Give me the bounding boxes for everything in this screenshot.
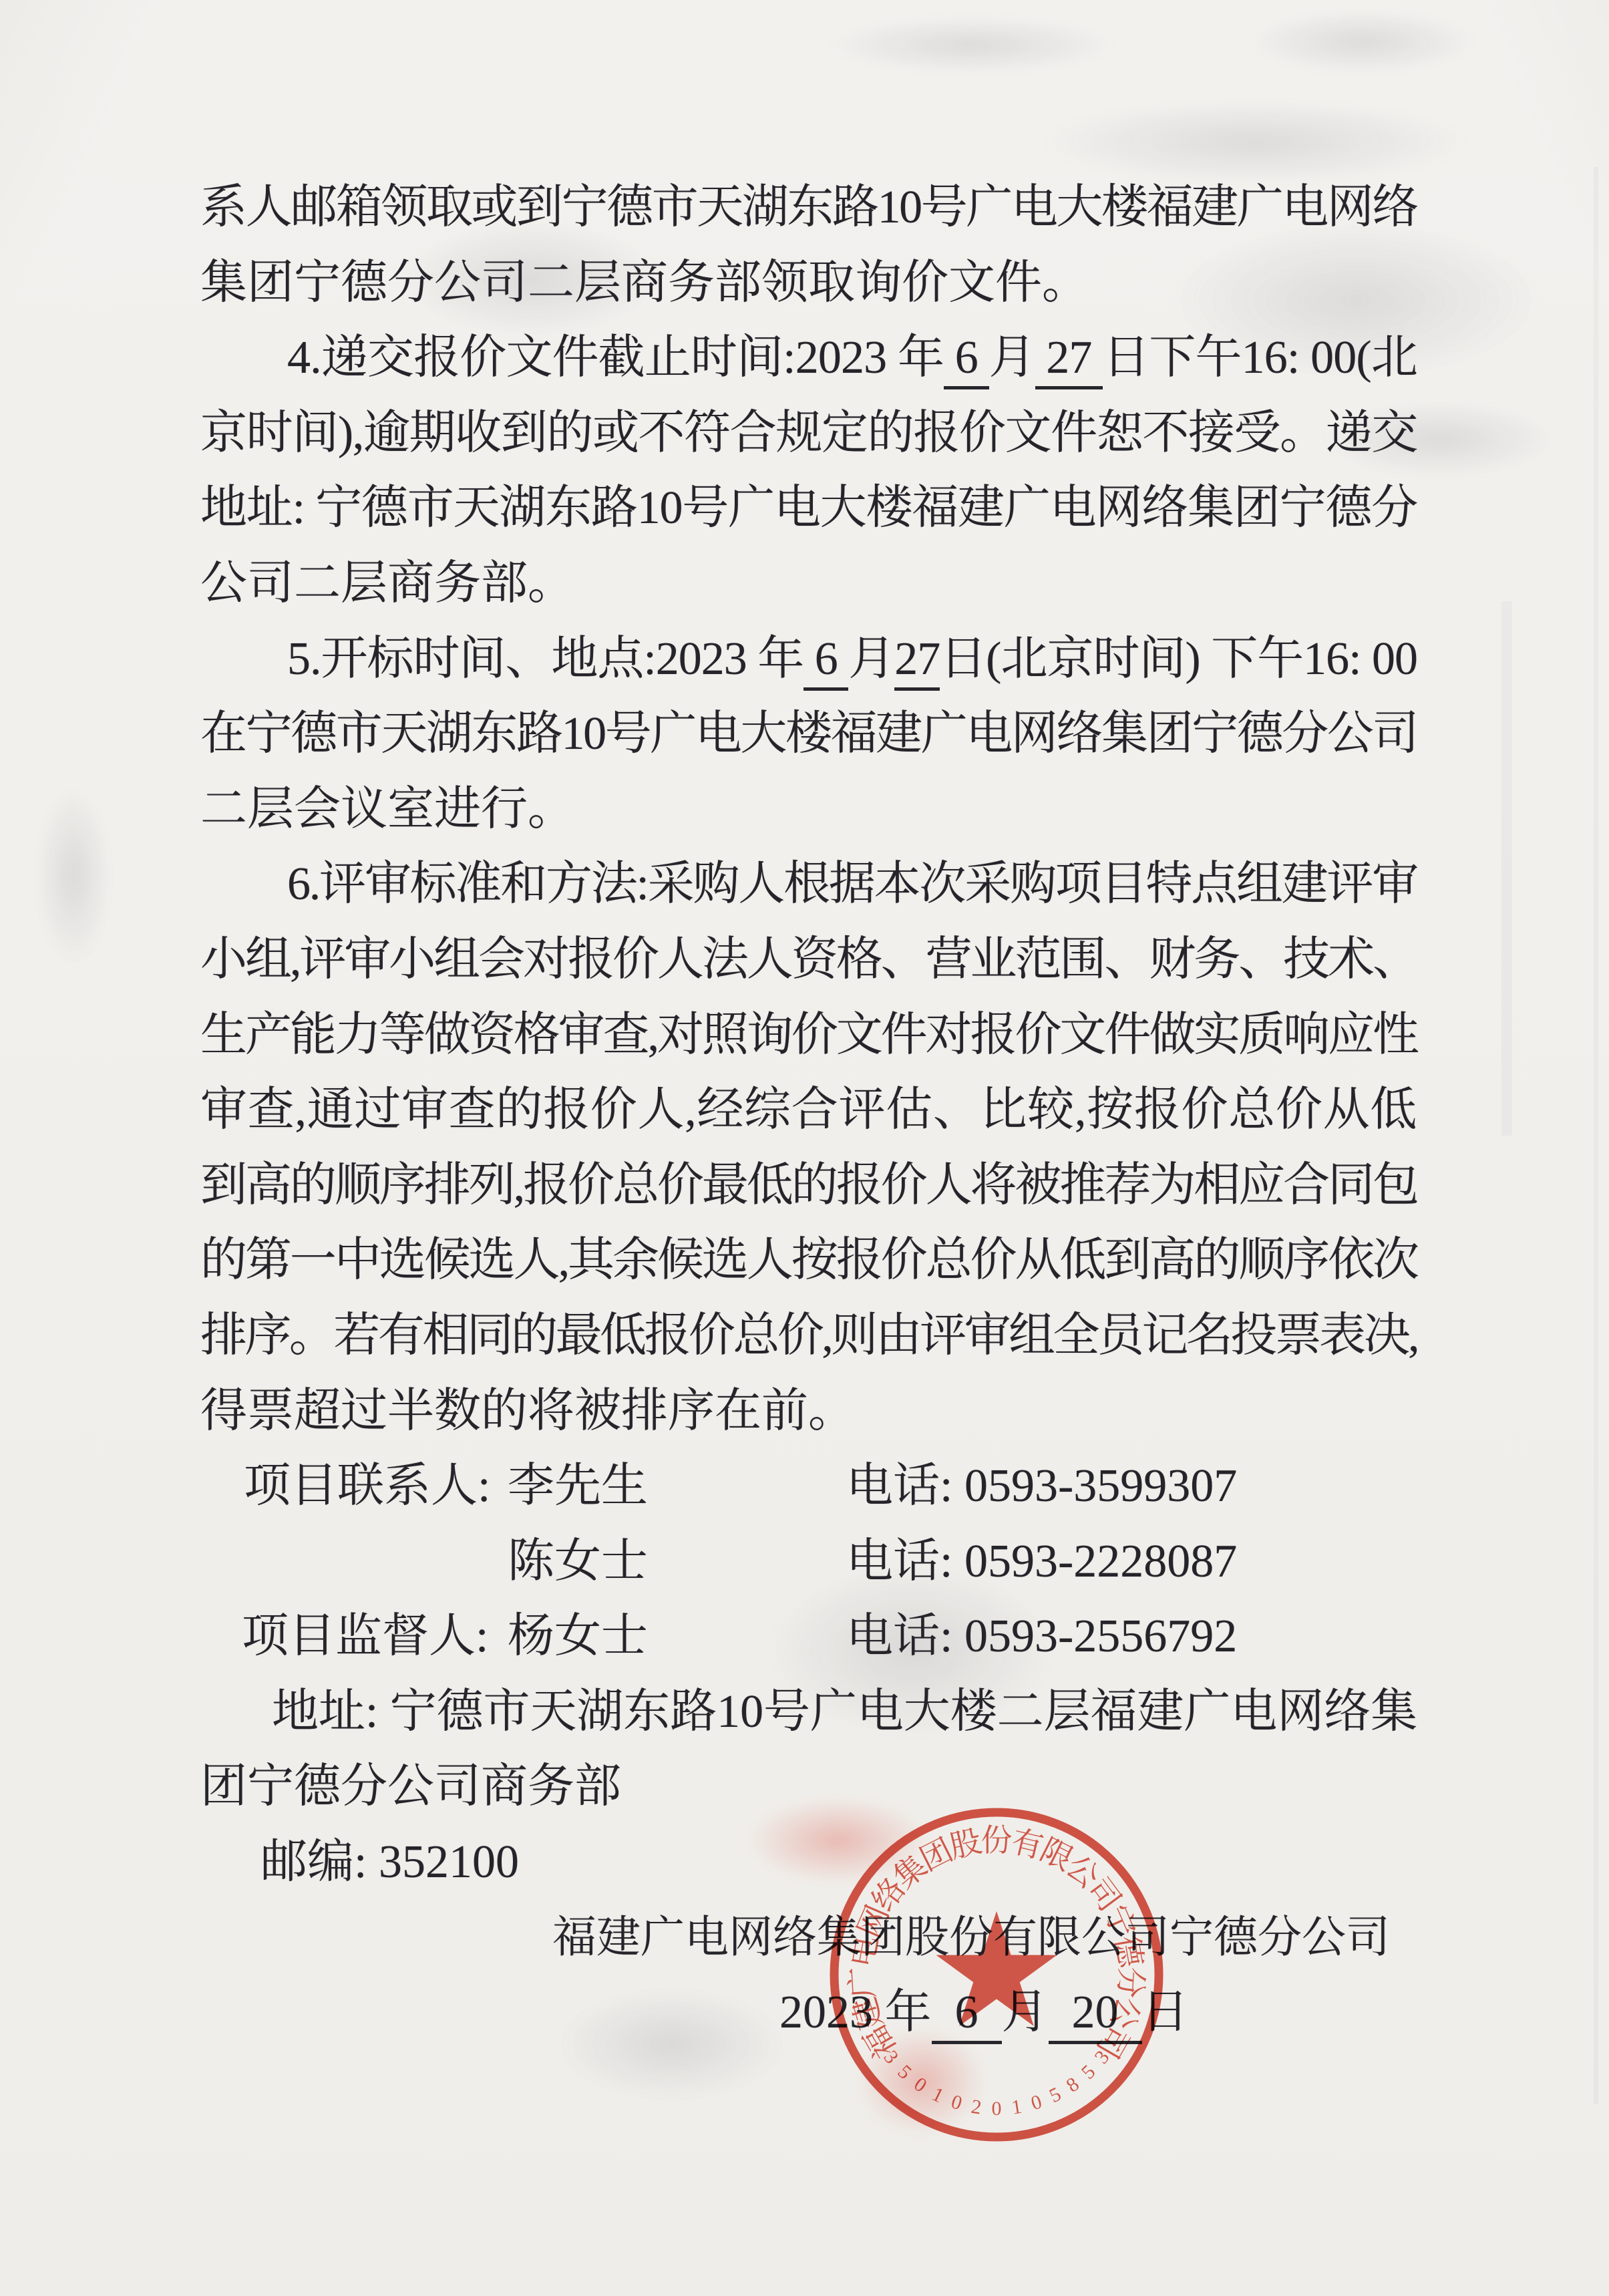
doc-line-text: 5.开标时间、地点:2023 年 6 月27日(北京时间) 下午16: 00 [287, 622, 1417, 697]
doc-line-text: 团宁德分公司商务部 [200, 1750, 621, 1825]
scanner-streak [1501, 601, 1512, 1136]
svg-text:0: 0 [948, 2090, 964, 2114]
doc-line-9: 二层会议室进行。 [200, 772, 1417, 848]
doc-line-text: 京时间),逾期收到的或不符合规定的报价文件恕不接受。递交 [200, 396, 1417, 472]
doc-line-text: 小组,评审小组会对报价人法人资格、营业范围、财务、技术、 [200, 923, 1417, 998]
doc-line-19: 陈女士电话: 0593-2228087 [200, 1524, 1417, 1600]
doc-line-text: 公司二层商务部。 [200, 546, 574, 622]
doc-line-text: 地址: 宁德市天湖东路10号广电大楼福建广电网络集团宁德分 [200, 471, 1417, 546]
doc-line-24: 福建广电网络集团股份有限公司宁德分公司 [200, 1901, 1417, 1976]
contact-person-name: 陈女士 [508, 1524, 648, 1600]
contact-person-phone: 电话: 0593-2228087 [846, 1524, 1237, 1600]
doc-line-text: 得票超过半数的将被排序在前。 [200, 1374, 855, 1450]
doc-line-22: 团宁德分公司商务部 [200, 1750, 1417, 1825]
bleed-through-smudge [1249, 10, 1476, 73]
doc-line-text: 在宁德市天湖东路10号广电大楼福建广电网络集团宁德分公司 [200, 697, 1417, 772]
underlined-blank: 6 [803, 633, 848, 691]
scanned-document-page: 系人邮箱领取或到宁德市天湖东路10号广电大楼福建广电网络集团宁德分公司二层商务部… [0, 0, 1609, 2296]
contact-person-label: 项目联系人: [244, 1449, 490, 1524]
doc-line-text: 邮编: 352100 [260, 1825, 519, 1901]
svg-text:0: 0 [992, 2098, 1002, 2120]
doc-line-7: 5.开标时间、地点:2023 年 6 月27日(北京时间) 下午16: 00 [200, 622, 1417, 697]
bleed-through-smudge [37, 788, 110, 962]
scanner-streak [1594, 167, 1598, 2104]
doc-line-13: 审查,通过审查的报价人,经综合评估、比较,按报价总价从低 [200, 1073, 1417, 1148]
doc-line-20: 项目监督人:杨女士电话: 0593-2556792 [200, 1599, 1417, 1675]
doc-line-text: 6.评审标准和方法:采购人根据本次采购项目特点组建评审 [287, 847, 1417, 923]
supervisor-label: 项目监督人: [242, 1599, 488, 1675]
doc-line-text: 的第一中选候选人,其余候选人按报价总价从低到高的顺序依次 [200, 1223, 1417, 1299]
svg-text:广: 广 [845, 1966, 882, 1999]
doc-line-11: 小组,评审小组会对报价人法人资格、营业范围、财务、技术、 [200, 923, 1417, 998]
contact-person-name: 李先生 [508, 1449, 648, 1524]
doc-line-6: 公司二层商务部。 [200, 546, 1417, 622]
doc-line-18: 项目联系人:李先生电话: 0593-3599307 [200, 1449, 1417, 1524]
doc-line-text: 集团宁德分公司二层商务部领取询价文件。 [200, 246, 1089, 321]
svg-text:8: 8 [1062, 2073, 1083, 2097]
doc-line-2: 集团宁德分公司二层商务部领取询价文件。 [200, 246, 1417, 321]
svg-text:5: 5 [1077, 2061, 1100, 2084]
contact-person-phone: 电话: 0593-3599307 [846, 1449, 1237, 1524]
svg-text:0: 0 [910, 2073, 930, 2097]
doc-line-16: 排序。若有相同的最低报价总价,则由评审组全员记名投票表决, [200, 1299, 1417, 1374]
doc-line-text: 系人邮箱领取或到宁德市天湖东路10号广电大楼福建广电网络 [200, 170, 1417, 246]
doc-line-10: 6.评审标准和方法:采购人根据本次采购项目特点组建评审 [200, 847, 1417, 923]
underlined-blank: 6 [944, 332, 989, 389]
doc-line-15: 的第一中选候选人,其余候选人按报价总价从低到高的顺序依次 [200, 1223, 1417, 1299]
doc-line-1: 系人邮箱领取或到宁德市天湖东路10号广电大楼福建广电网络 [200, 170, 1417, 246]
doc-line-text: 生产能力等做资格审查,对照询价文件对报价文件做实质响应性 [200, 998, 1417, 1074]
supervisor-name: 杨女士 [508, 1599, 648, 1675]
svg-text:1: 1 [928, 2083, 947, 2107]
underlined-blank: 27 [1035, 332, 1103, 389]
official-seal: 福建广电网络集团股份有限公司宁德分公司3501020105853 [810, 1788, 1184, 2162]
svg-text:5: 5 [894, 2061, 916, 2084]
doc-line-8: 在宁德市天湖东路10号广电大楼福建广电网络集团宁德分公司 [200, 697, 1417, 772]
bleed-through-smudge [828, 17, 1115, 73]
svg-text:0: 0 [1029, 2090, 1045, 2114]
doc-line-12: 生产能力等做资格审查,对照询价文件对报价文件做实质响应性 [200, 998, 1417, 1074]
doc-line-text: 审查,通过审查的报价人,经综合评估、比较,按报价总价从低 [200, 1073, 1417, 1148]
doc-line-text: 排序。若有相同的最低报价总价,则由评审组全员记名投票表决, [200, 1299, 1417, 1374]
doc-line-text: 4.递交报价文件截止时间:2023 年 6 月 27 日下午16: 00(北 [287, 321, 1417, 396]
doc-line-text: 二层会议室进行。 [200, 772, 574, 848]
doc-line-text: 到高的顺序排列,报价总价最低的报价人将被推荐为相应合同包 [200, 1148, 1417, 1224]
underlined-blank: 27 [894, 633, 940, 691]
doc-line-text: 地址: 宁德市天湖东路10号广电大楼二层福建广电网络集 [272, 1675, 1417, 1750]
doc-line-5: 地址: 宁德市天湖东路10号广电大楼福建广电网络集团宁德分 [200, 471, 1417, 546]
svg-text:2: 2 [970, 2096, 983, 2119]
supervisor-phone: 电话: 0593-2556792 [846, 1599, 1237, 1675]
svg-text:份: 份 [981, 1824, 1013, 1858]
doc-line-17: 得票超过半数的将被排序在前。 [200, 1374, 1417, 1450]
doc-line-21: 地址: 宁德市天湖东路10号广电大楼二层福建广电网络集 [200, 1675, 1417, 1750]
doc-line-3: 4.递交报价文件截止时间:2023 年 6 月 27 日下午16: 00(北 [200, 321, 1417, 396]
official-seal-graphic: 福建广电网络集团股份有限公司宁德分公司3501020105853 [810, 1788, 1184, 2162]
doc-line-14: 到高的顺序排列,报价总价最低的报价人将被推荐为相应合同包 [200, 1148, 1417, 1224]
document-body: 系人邮箱领取或到宁德市天湖东路10号广电大楼福建广电网络集团宁德分公司二层商务部… [200, 170, 1417, 2051]
svg-text:1: 1 [1010, 2096, 1023, 2119]
doc-line-25: 2023 年 6 月 20 日 [200, 1975, 1417, 2051]
svg-text:5: 5 [1046, 2083, 1065, 2107]
doc-line-4: 京时间),逾期收到的或不符合规定的报价文件恕不接受。递交 [200, 396, 1417, 472]
doc-line-23: 邮编: 352100 [200, 1825, 1417, 1901]
